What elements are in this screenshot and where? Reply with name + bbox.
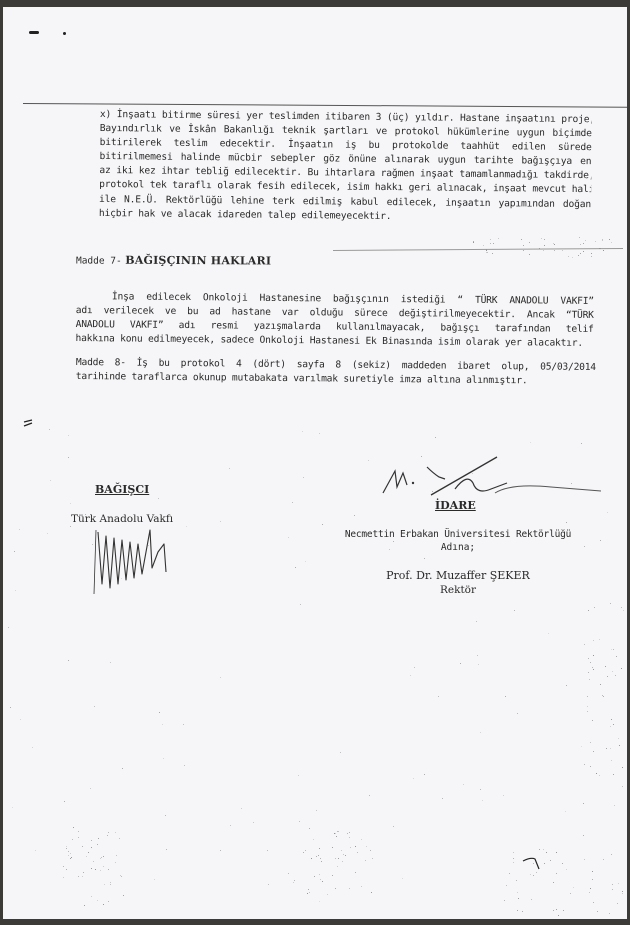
clause-marker: x) bbox=[100, 109, 111, 120]
clause-x-paragraph: x) İnşaatı bitirme süresi yer teslimden … bbox=[99, 108, 592, 226]
administration-organization: Necmettin Erbakan Üniversitesi Rektörlüğ… bbox=[333, 528, 583, 541]
article-7-heading: Madde 7- BAĞIŞÇININ HAKLARI bbox=[76, 253, 271, 267]
scan-mark bbox=[29, 31, 39, 34]
donor-label: BAĞIŞCI bbox=[95, 483, 149, 496]
administration-signatory: Necmettin Erbakan Üniversitesi Rektörlüğ… bbox=[333, 528, 583, 597]
article-8-paragraph: Madde 8- İş bu protokol 4 (dört) sayfa 8… bbox=[76, 356, 596, 389]
pen-mark bbox=[521, 857, 543, 871]
administration-signature-icon bbox=[381, 453, 611, 513]
signatory-title: Rektör bbox=[333, 583, 583, 597]
pen-mark bbox=[23, 419, 33, 427]
scan-mark bbox=[63, 32, 66, 35]
article-7-paragraph: İnşa edilecek Onkoloji Hastanesine bağış… bbox=[75, 290, 594, 351]
page-fold-line bbox=[23, 103, 627, 108]
article-7-title: BAĞIŞÇININ HAKLARI bbox=[125, 254, 271, 268]
administration-label: İDARE bbox=[435, 499, 476, 512]
signatory-name: Prof. Dr. Muzaffer ŞEKER bbox=[333, 568, 583, 583]
article-7-number: Madde 7- bbox=[76, 255, 122, 266]
divider-line bbox=[333, 248, 623, 251]
donor-signature-icon bbox=[88, 522, 178, 597]
on-behalf-text: Adına; bbox=[333, 541, 583, 554]
document-page: x) İnşaatı bitirme süresi yer teslimden … bbox=[3, 7, 627, 919]
